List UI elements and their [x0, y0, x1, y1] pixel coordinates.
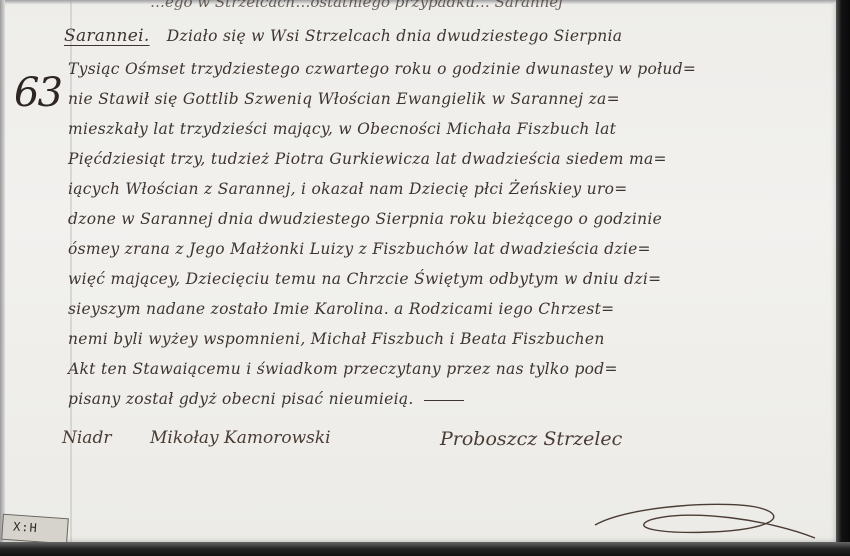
record-line-text: pisany został gdyż obecni pisać nieumiei…	[68, 390, 414, 408]
scan-frame-bottom	[0, 542, 850, 556]
record-line-text: Działo się w Wsi Strzelcach dnia dwudzie…	[167, 27, 623, 45]
act-number: 63	[14, 70, 61, 116]
village-name: Sarannei.	[64, 26, 150, 46]
record-line-2: Tysiąc Ośmset trzydziestego czwartego ro…	[68, 60, 696, 78]
record-line-11: nemi byli wyżey wspomnieni, Michał Fiszb…	[68, 330, 605, 348]
signature-prefix: Niadr	[62, 428, 111, 448]
record-line-1: Sarannei. Działo się w Wsi Strzelcach dn…	[64, 26, 622, 46]
document-page: …ego w Strzelcach…ostatniego przypadku… …	[0, 0, 836, 542]
cut-off-previous-line: …ego w Strzelcach…ostatniego przypadku… …	[150, 0, 810, 10]
record-line-8: ósmey zrana z Jego Małżonki Luizy z Fisz…	[68, 240, 651, 258]
signature-office: Proboszcz Strzelec	[440, 428, 622, 450]
record-line-9: więć mającey, Dziecięciu temu na Chrzcie…	[68, 270, 661, 288]
record-line-7: dzone w Sarannej dnia dwudziestego Sierp…	[68, 210, 662, 228]
record-line-5: Pięćdziesiąt trzy, tudzież Piotra Gurkie…	[68, 150, 667, 168]
record-line-4: mieszkały lat trzydzieści mający, w Obec…	[68, 120, 616, 138]
record-line-12: Akt ten Stawaiącemu i świadkom przeczyta…	[68, 360, 618, 378]
page-left-edge	[0, 0, 5, 542]
record-line-3: nie Stawił się Gottlib Szweniq Włościan …	[68, 90, 620, 108]
record-line-13: pisany został gdyż obecni pisać nieumiei…	[68, 390, 464, 408]
scan-frame-right	[836, 0, 850, 556]
signature-flourish-icon	[590, 500, 820, 540]
archive-stamp: X:H	[1, 514, 69, 542]
record-line-10: sieyszym nadane zostało Imie Karolina. a…	[68, 300, 614, 318]
signature-name: Mikołay Kamorowski	[150, 428, 331, 448]
record-line-6: iących Włościan z Sarannej, i okazał nam…	[68, 180, 628, 198]
closing-dash	[424, 400, 464, 401]
